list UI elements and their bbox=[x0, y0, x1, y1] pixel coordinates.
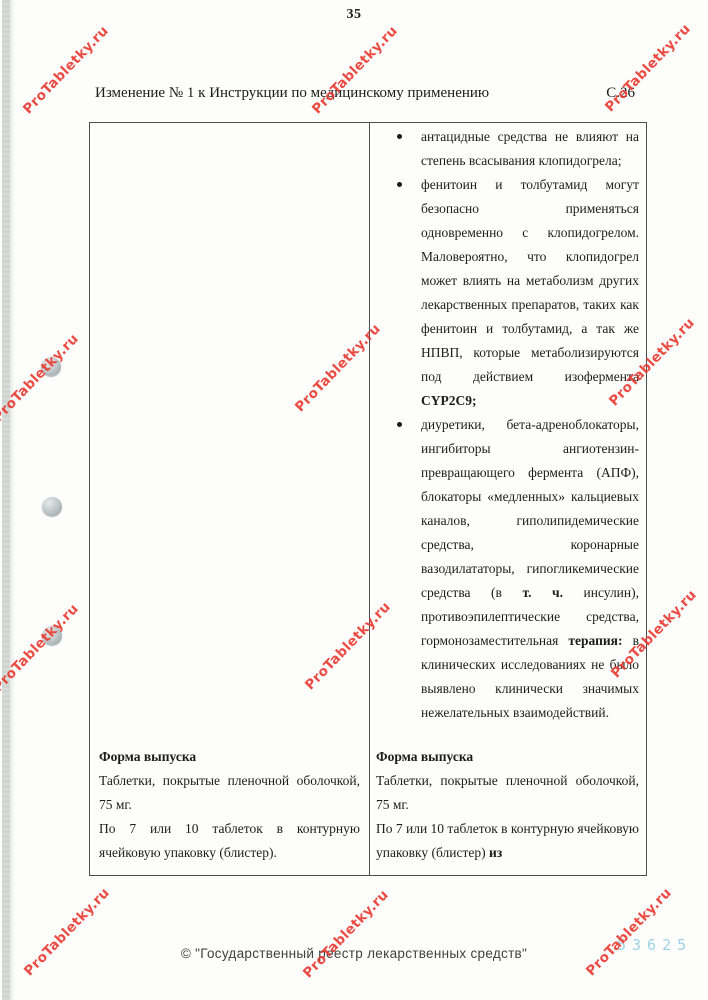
hole-punch bbox=[41, 357, 61, 376]
bullet-item: антацидные средства не влияют на степень… bbox=[376, 125, 639, 173]
interactions-list: антацидные средства не влияют на степень… bbox=[376, 125, 639, 725]
bullet-text: диуретики, бета-адреноблокаторы, ингибит… bbox=[421, 413, 639, 725]
watermark-text: ProTabletky.ru bbox=[300, 887, 392, 981]
form-section-left: Форма выпуска Таблетки, покрытые пленочн… bbox=[99, 745, 360, 865]
watermark-text: ProTabletky.ru bbox=[583, 885, 675, 979]
scanned-document-page: { "page": { "number": "35", "header_titl… bbox=[0, 0, 708, 1000]
bullet-text: фенитоин и толбутамид могут безопасно пр… bbox=[421, 173, 639, 413]
hole-punch bbox=[42, 626, 62, 645]
form-heading-right: Форма выпуска bbox=[376, 745, 639, 769]
watermark-text: ProTabletky.ru bbox=[21, 885, 113, 979]
content-table: Форма выпуска Таблетки, покрытые пленочн… bbox=[89, 122, 647, 876]
table-cell-right: антацидные средства не влияют на степень… bbox=[369, 123, 646, 875]
bullet-item: диуретики, бета-адреноблокаторы, ингибит… bbox=[376, 413, 639, 725]
form-paragraph: Таблетки, покрытые пленочной оболочкой, … bbox=[376, 769, 639, 817]
form-section-right: Форма выпуска Таблетки, покрытые пленочн… bbox=[376, 745, 639, 865]
bullet-icon bbox=[396, 413, 421, 725]
header-title: Изменение № 1 к Инструкции по медицинско… bbox=[95, 85, 489, 102]
bullet-item: фенитоин и толбутамид могут безопасно пр… bbox=[376, 173, 639, 413]
form-paragraph: По 7 или 10 таблеток в контурную ячейков… bbox=[99, 817, 360, 865]
page-number: 35 bbox=[0, 7, 708, 23]
watermark-text: ProTabletky.ru bbox=[20, 23, 112, 117]
form-paragraph: Таблетки, покрытые пленочной оболочкой, … bbox=[99, 769, 360, 817]
scan-edge-shadow bbox=[10, 0, 15, 1000]
header-page-ref: С.26 bbox=[606, 85, 635, 102]
form-heading-left: Форма выпуска bbox=[99, 745, 360, 769]
stamp-number: 53625 bbox=[617, 936, 692, 954]
form-paragraph: По 7 или 10 таблеток в контурную ячейков… bbox=[376, 817, 639, 865]
document-header: Изменение № 1 к Инструкции по медицинско… bbox=[95, 85, 635, 102]
bullet-text: антацидные средства не влияют на степень… bbox=[421, 125, 639, 173]
table-cell-left: Форма выпуска Таблетки, покрытые пленочн… bbox=[90, 123, 369, 875]
bullet-icon bbox=[396, 173, 421, 413]
hole-punch bbox=[42, 497, 62, 516]
scan-edge-strip bbox=[2, 0, 10, 1000]
footer-copyright: © "Государственный реестр лекарственных … bbox=[0, 946, 708, 961]
watermark-text: ProTabletky.ru bbox=[309, 23, 401, 117]
bullet-icon bbox=[396, 125, 421, 173]
